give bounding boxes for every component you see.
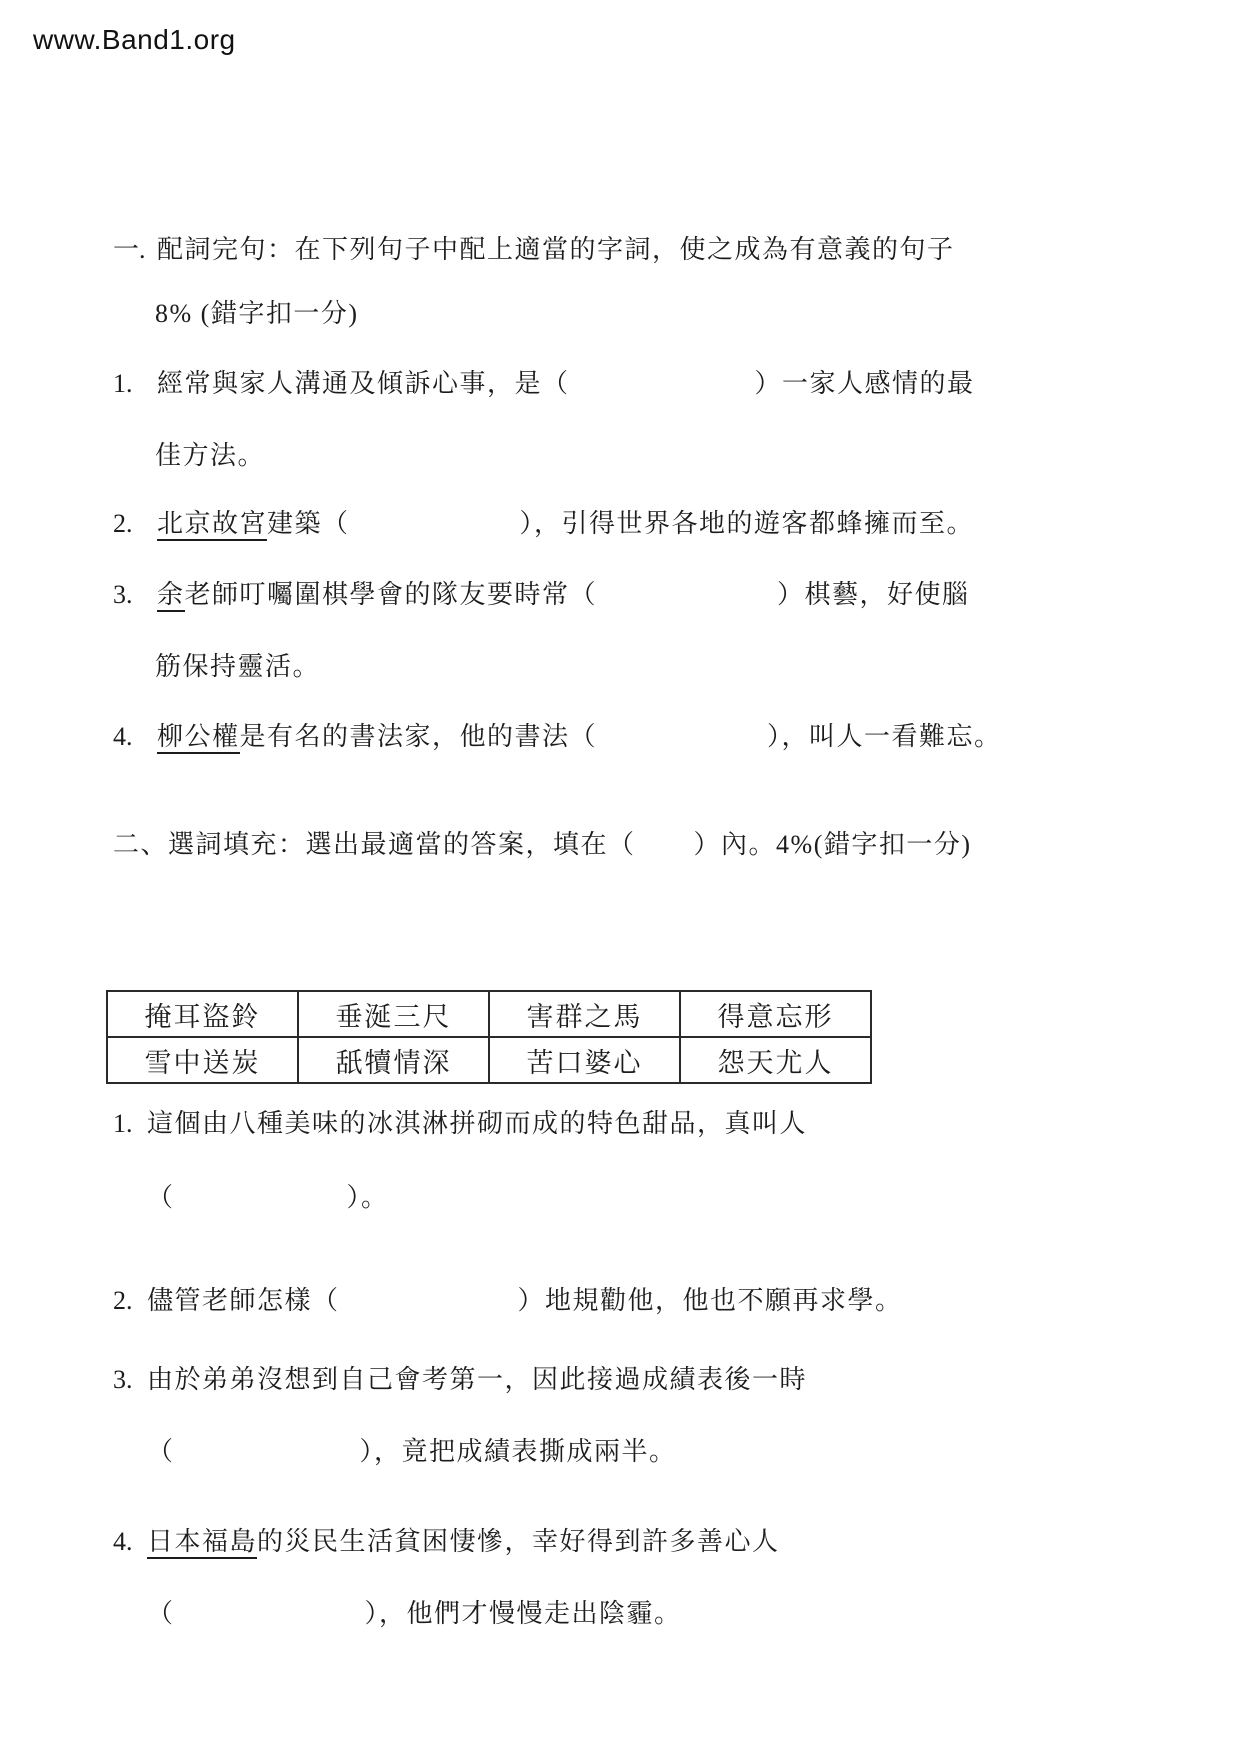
marks-text: 8% (錯字扣一分)	[155, 299, 358, 328]
word-bank-cell: 得意忘形	[680, 991, 871, 1037]
answer-blank	[570, 391, 755, 392]
question-text: 建築（	[267, 509, 350, 538]
question-number: 3.	[113, 577, 157, 613]
section-two-title-end: ）內。4%(錯字扣一分)	[694, 830, 972, 859]
s2-question-3-line-2: （），竟把成績表撕成兩半。	[147, 1434, 677, 1470]
s2-question-2: 2.儘管老師怎樣（）地規勸他，他也不願再求學。	[113, 1283, 903, 1319]
s2-question-4-line-2: （），他們才慢慢走出陰霾。	[147, 1596, 682, 1632]
question-text: ），引得世界各地的遊客都蜂擁而至。	[520, 509, 975, 538]
underlined-term: 日本福島	[147, 1527, 257, 1559]
question-text: ），竟把成績表撕成兩半。	[360, 1437, 677, 1466]
word-bank-row: 掩耳盜鈴 垂涎三尺 害群之馬 得意忘形	[107, 991, 871, 1037]
section-one-marks: 8% (錯字扣一分)	[155, 296, 358, 332]
word-bank-table: 掩耳盜鈴 垂涎三尺 害群之馬 得意忘形 雪中送炭 舐犢情深 苦口婆心 怨天尤人	[106, 990, 872, 1084]
question-number: 1.	[113, 366, 157, 402]
question-text: （	[147, 1437, 175, 1466]
word-bank-cell: 垂涎三尺	[298, 991, 489, 1037]
section-one-heading: 一.配詞完句：在下列句子中配上適當的字詞，使之成為有意義的句子	[113, 232, 955, 268]
underlined-term: 北京故宮	[157, 509, 267, 541]
answer-blank	[597, 602, 777, 603]
question-number: 1.	[113, 1106, 147, 1142]
question-text: ），他們才慢慢走出陰霾。	[365, 1599, 682, 1628]
answer-blank	[636, 852, 694, 853]
s1-question-1-line-2: 佳方法。	[155, 438, 265, 474]
underlined-term: 余	[157, 580, 185, 612]
s2-question-1-line-1: 1.這個由八種美味的冰淇淋拼砌而成的特色甜品，真叫人	[113, 1106, 807, 1142]
scanned-worksheet-page: www.Band1.org 一.配詞完句：在下列句子中配上適當的字詞，使之成為有…	[0, 0, 1240, 1754]
word-bank-cell: 怨天尤人	[680, 1037, 871, 1083]
question-text: ）一家人感情的最	[755, 369, 975, 398]
question-text: 老師叮囑圍棋學會的隊友要時常（	[185, 580, 598, 609]
question-text: 儘管老師怎樣（	[147, 1286, 340, 1315]
question-number: 2.	[113, 1283, 147, 1319]
word-bank-row: 雪中送炭 舐犢情深 苦口婆心 怨天尤人	[107, 1037, 871, 1083]
question-text: （	[147, 1183, 175, 1212]
question-number: 3.	[113, 1362, 147, 1398]
question-number: 2.	[113, 506, 157, 542]
question-text: 是有名的書法家，他的書法（	[240, 722, 598, 751]
section-one-number: 一.	[113, 232, 157, 268]
section-two-number: 二、	[113, 830, 168, 859]
question-number: 4.	[113, 719, 157, 755]
underlined-term: 柳公權	[157, 722, 240, 754]
word-bank-cell: 害群之馬	[489, 991, 680, 1037]
section-two-title: 選詞填充：選出最適當的答案，填在（	[168, 830, 636, 859]
question-text: ）。	[347, 1183, 389, 1212]
word-bank-cell: 掩耳盜鈴	[107, 991, 298, 1037]
answer-blank	[350, 531, 520, 532]
word-bank-cell: 舐犢情深	[298, 1037, 489, 1083]
question-text: ）地規勸他，他也不願再求學。	[518, 1286, 903, 1315]
watermark-url: www.Band1.org	[33, 24, 236, 56]
answer-blank	[597, 744, 767, 745]
question-number: 4.	[113, 1524, 147, 1560]
question-text: 經常與家人溝通及傾訴心事，是（	[157, 369, 570, 398]
question-text: 這個由八種美味的冰淇淋拼砌而成的特色甜品，真叫人	[147, 1109, 807, 1138]
question-text: 佳方法。	[155, 441, 265, 470]
question-text: （	[147, 1599, 175, 1628]
s2-question-4-line-1: 4.日本福島的災民生活貧困悽慘，幸好得到許多善心人	[113, 1524, 780, 1560]
answer-blank	[175, 1621, 365, 1622]
word-bank-cell: 雪中送炭	[107, 1037, 298, 1083]
section-two-heading: 二、選詞填充：選出最適當的答案，填在（）內。4%(錯字扣一分)	[113, 827, 972, 863]
s2-question-1-line-2: （）。	[147, 1180, 389, 1216]
s2-question-3-line-1: 3.由於弟弟沒想到自己會考第一，因此接過成績表後一時	[113, 1362, 807, 1398]
s1-question-2: 2.北京故宮建築（），引得世界各地的遊客都蜂擁而至。	[113, 506, 974, 542]
question-text: 由於弟弟沒想到自己會考第一，因此接過成績表後一時	[147, 1365, 807, 1394]
answer-blank	[340, 1308, 518, 1309]
question-text: 的災民生活貧困悽慘，幸好得到許多善心人	[257, 1527, 780, 1556]
section-one-title: 配詞完句：在下列句子中配上適當的字詞，使之成為有意義的句子	[157, 235, 955, 264]
s1-question-4: 4.柳公權是有名的書法家，他的書法（），叫人一看難忘。	[113, 719, 1002, 755]
answer-blank	[175, 1205, 347, 1206]
word-bank-cell: 苦口婆心	[489, 1037, 680, 1083]
question-text: 筋保持靈活。	[155, 652, 320, 681]
question-text: ），叫人一看難忘。	[767, 722, 1002, 751]
s1-question-3-line-2: 筋保持靈活。	[155, 649, 320, 685]
question-text: ）棋藝，好使腦	[777, 580, 970, 609]
answer-blank	[175, 1459, 360, 1460]
s1-question-3-line-1: 3.余老師叮囑圍棋學會的隊友要時常（）棋藝，好使腦	[113, 577, 970, 613]
s1-question-1-line-1: 1.經常與家人溝通及傾訴心事，是（）一家人感情的最	[113, 366, 975, 402]
